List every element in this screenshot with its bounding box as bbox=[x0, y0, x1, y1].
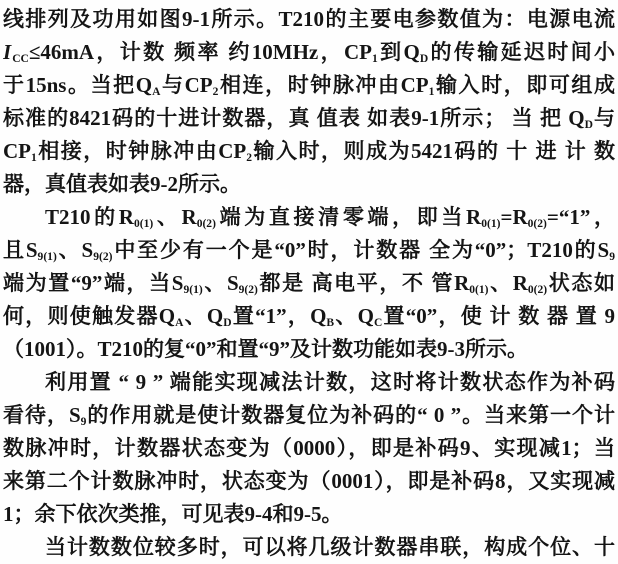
text-segment: 相连，时钟脉冲由CP bbox=[218, 73, 428, 97]
text-segment: 且S bbox=[3, 238, 38, 262]
text-segment: 于15ns。当把Q bbox=[3, 73, 152, 97]
subscript-text: D bbox=[585, 119, 593, 131]
text-segment: T210的R bbox=[45, 205, 134, 229]
text-segment: CP bbox=[3, 139, 31, 163]
subscript-text: B bbox=[326, 317, 334, 329]
text-segment: 何，则使触发器Q bbox=[3, 304, 175, 328]
italic-symbol: I bbox=[3, 40, 12, 64]
text-line: 端为置“9”端，当S9(1)、S9(2)都是 高电平，不 管R0(1)、R0(2… bbox=[3, 267, 615, 300]
text-segment: 1；余下依次类推，可见表9-4和9-5。 bbox=[3, 502, 343, 526]
subscript-text: CC bbox=[12, 53, 29, 65]
text-segment: 的传输延迟时间小 bbox=[428, 40, 615, 64]
text-line: 当计数数位较多时，可以将几级计数器串联，构成个位、十 bbox=[3, 531, 615, 564]
text-line: ICC≤46mA，计数 频率 约10MHz，CP1到QD的传输延迟时间小 bbox=[3, 36, 615, 69]
text-segment: 看待，S bbox=[3, 403, 81, 427]
subscript-text: 0(2) bbox=[197, 218, 216, 230]
text-segment: 利用置 “ 9 ” 端能实现减法计数，这时将计数状态作为补码 bbox=[45, 370, 615, 394]
text-segment: 、S bbox=[57, 238, 93, 262]
text-segment: 、Q bbox=[334, 304, 374, 328]
text-segment: 端为置“9”端，当S bbox=[3, 271, 183, 295]
text-segment: 输入时，即可组成 bbox=[434, 73, 615, 97]
text-line: 于15ns。当把QA与CP2相连，时钟脉冲由CP1输入时，即可组成 bbox=[3, 69, 615, 102]
text-segment: 置“1”，Q bbox=[232, 304, 327, 328]
text-segment: =“1”， bbox=[547, 205, 615, 229]
text-segment: 与 bbox=[593, 106, 615, 130]
text-segment: ≤46mA，计数 频率 约10MHz，CP bbox=[29, 40, 372, 64]
subscript-text: 0(2) bbox=[528, 218, 547, 230]
text-line: 利用置 “ 9 ” 端能实现减法计数，这时将计数状态作为补码 bbox=[3, 366, 615, 399]
subscript-text: D bbox=[420, 53, 428, 65]
subscript-text: 0(1) bbox=[134, 218, 153, 230]
text-segment: 输入时，则成为5421码的 十 进 计 数 bbox=[252, 139, 615, 163]
text-line: 1；余下依次类推，可见表9-4和9-5。 bbox=[3, 498, 615, 531]
text-segment: 到Q bbox=[378, 40, 420, 64]
text-segment: 器，真值表如表9-2所示。 bbox=[3, 172, 241, 196]
subscript-text: 9(1) bbox=[38, 251, 57, 263]
text-segment: 数脉冲时，计数器状态变为（0000），即是补码9、实现减1；当 bbox=[3, 436, 615, 460]
text-segment: =R bbox=[500, 205, 527, 229]
text-segment: 端为直接清零端，即当R bbox=[216, 205, 481, 229]
text-line: 且S9(1)、S9(2)中至少有一个是“0”时，计数器 全为“0”；T210的S… bbox=[3, 234, 615, 267]
page-text: 线排列及功用如图9-1所示。T210的主要电参数值为：电源电流ICC≤46mA，… bbox=[3, 3, 615, 564]
text-segment: 当计数数位较多时，可以将几级计数器串联，构成个位、十 bbox=[45, 535, 615, 559]
text-line: 何，则使触发器QA、QD置“1”，QB、QC置“0”，使 计 数 器 置 9 bbox=[3, 300, 615, 333]
subscript-text: 9 bbox=[609, 251, 615, 263]
text-segment: 中至少有一个是“0”时，计数器 全为“0”；T210的S bbox=[112, 238, 609, 262]
subscript-text: 9(2) bbox=[239, 284, 258, 296]
text-segment: 都是 高电平，不 管R bbox=[258, 271, 469, 295]
text-segment: 、R bbox=[489, 271, 528, 295]
text-segment: 相接，时钟脉冲由CP bbox=[37, 139, 246, 163]
text-segment: 与CP bbox=[160, 73, 212, 97]
subscript-text: 9(2) bbox=[93, 251, 112, 263]
text-segment: 置“0”，使 计 数 器 置 9 bbox=[382, 304, 615, 328]
text-line: 器，真值表如表9-2所示。 bbox=[3, 168, 615, 201]
text-segment: 状态如 bbox=[547, 271, 615, 295]
subscript-text: 0(2) bbox=[528, 284, 547, 296]
text-line: （1001）。T210的复“0”和置“9”及计数功能如表9-3所示。 bbox=[3, 333, 615, 366]
document-page: 线排列及功用如图9-1所示。T210的主要电参数值为：电源电流ICC≤46mA，… bbox=[0, 0, 618, 564]
text-line: 看待，S9的作用就是使计数器复位为补码的“ 0 ”。当来第一个计 bbox=[3, 399, 615, 432]
text-segment: 、S bbox=[203, 271, 239, 295]
text-line: 来第二个计数脉冲时，状态变为（0001），即是补码8，又实现减 bbox=[3, 465, 615, 498]
subscript-text: 9(1) bbox=[183, 284, 202, 296]
subscript-text: 0(1) bbox=[481, 218, 500, 230]
text-segment: 、R bbox=[153, 205, 196, 229]
text-line: T210的R0(1)、R0(2)端为直接清零端，即当R0(1)=R0(2)=“1… bbox=[3, 201, 615, 234]
text-line: 标准的8421码的十进计数器，真 值表 如表9-1所示； 当 把 QD与 bbox=[3, 102, 615, 135]
subscript-text: D bbox=[223, 317, 231, 329]
text-segment: 标准的8421码的十进计数器，真 值表 如表9-1所示； 当 把 Q bbox=[3, 106, 585, 130]
text-line: 线排列及功用如图9-1所示。T210的主要电参数值为：电源电流 bbox=[3, 3, 615, 36]
text-segment: （1001）。T210的复“0”和置“9”及计数功能如表9-3所示。 bbox=[3, 337, 528, 361]
text-segment: 的作用就是使计数器复位为补码的“ 0 ”。当来第一个计 bbox=[86, 403, 615, 427]
text-segment: 、Q bbox=[183, 304, 223, 328]
subscript-text: 0(1) bbox=[469, 284, 488, 296]
text-line: 数脉冲时，计数器状态变为（0000），即是补码9、实现减1；当 bbox=[3, 432, 615, 465]
text-segment: 线排列及功用如图9-1所示。T210的主要电参数值为：电源电流 bbox=[3, 7, 615, 31]
text-line: CP1相接，时钟脉冲由CP2输入时，则成为5421码的 十 进 计 数 bbox=[3, 135, 615, 168]
text-segment: 来第二个计数脉冲时，状态变为（0001），即是补码8，又实现减 bbox=[3, 469, 615, 493]
